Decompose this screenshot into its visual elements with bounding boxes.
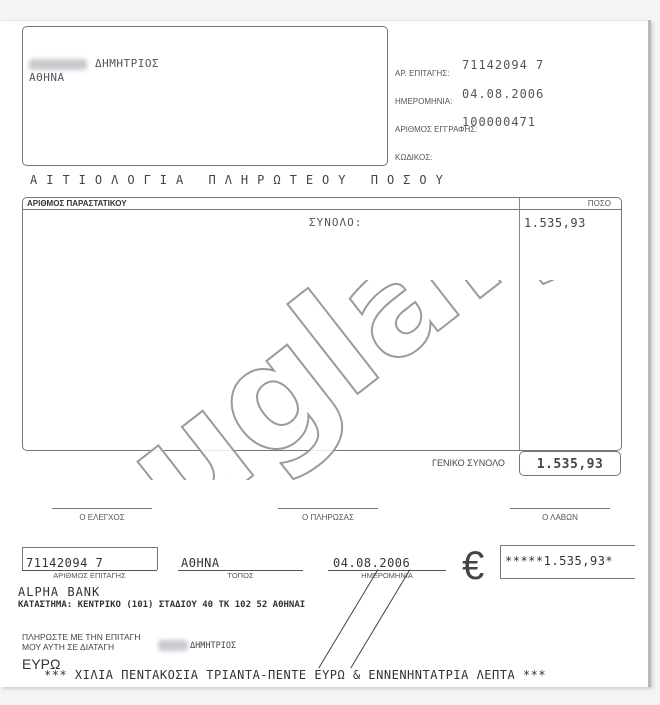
cheque-amount: *****1.535,93*	[505, 554, 613, 568]
signature-auditor: Ο ΕΛΕΓΧΟΣ	[52, 513, 152, 522]
grand-total-value: 1.535,93	[520, 457, 620, 472]
record-number: 100000471	[462, 115, 536, 129]
col-document-number: ΑΡΙΘΜΟΣ ΠΑΡΑΣΤΑΤΙΚΟΥ	[27, 199, 127, 208]
cheque-order-number: 71142094 7	[26, 556, 103, 570]
pay-instruction-line1: ΠΛΗΡΩΣΤΕ ΜΕ ΤΗΝ ΕΠΙΤΑΓΗ	[22, 632, 140, 642]
bank-branch: ΚΑΤΑΣΤΗΜΑ: ΚΕΝΤΡΙΚΟ (101) ΣΤΑΔΙΟΥ 40 ΤΚ …	[18, 600, 305, 610]
cheque-amount-box: *****1.535,93*	[500, 545, 635, 579]
cheque-place-label: ΤΟΠΟΣ	[178, 571, 303, 580]
cheque-number-label: ΑΡΙΘΜΟΣ ΕΠΙΤΑΓΗΣ	[22, 571, 157, 580]
euro-icon: €	[462, 546, 484, 586]
recipient-box: ΔΗΜΗΤΡΙΟΣ ΑΘΗΝΑ	[22, 26, 388, 166]
recipient-name: ΔΗΜΗΤΡΙΟΣ	[29, 57, 159, 70]
page-edge	[0, 20, 648, 21]
date-label: ΗΜΕΡΟΜΗΝΙΑ:	[395, 97, 452, 106]
code-label: ΚΩΔΙΚΟΣ:	[395, 153, 432, 162]
signature-line-payer	[278, 508, 378, 509]
signature-receiver: Ο ΛΑΒΩΝ	[510, 513, 610, 522]
signature-line-receiver	[510, 508, 610, 509]
table-header: ΑΡΙΘΜΟΣ ΠΑΡΑΣΤΑΤΙΚΟΥ ΠΟΣΟ	[23, 198, 621, 210]
order-number-label: ΑΡ. ΕΠΙΤΑΓΗΣ:	[395, 69, 449, 78]
pay-instruction-line2: ΜΟΥ ΑΥΤΗ ΣΕ ΔΙΑΤΑΓΗ	[22, 642, 114, 652]
grand-total-label: ΓΕΝΙΚΟ ΣΥΝΟΛΟ	[432, 458, 505, 468]
cheque-date-label: ΗΜΕΡΟΜΗΝΙΑ	[328, 571, 446, 580]
order-number: 71142094 7	[462, 58, 544, 72]
amount-in-words: *** ΧΙΛΙΑ ΠΕΝΤΑΚΟΣΙΑ ΤΡΙΑΝΤΑ-ΠΕΝΤΕ ΕΥΡΩ …	[44, 668, 546, 682]
total-value: 1.535,93	[524, 216, 586, 230]
cheque-place: ΑΘΗΝΑ	[181, 556, 220, 570]
redacted-payee-surname	[158, 640, 188, 651]
payment-document: ΔΗΜΗΤΡΙΟΣ ΑΘΗΝΑ ΑΡ. ΕΠΙΤΑΓΗΣ: 71142094 7…	[0, 20, 651, 687]
crossing-line-1	[318, 569, 378, 668]
grand-total-box: 1.535,93	[519, 451, 621, 476]
crossing-line-2	[350, 569, 410, 668]
bank-name: ALPHA BANK	[18, 585, 100, 599]
signature-payer: Ο ΠΛΗΡΩΣΑΣ	[278, 513, 378, 522]
payee-name: ΔΗΜΗΤΡΙΟΣ	[158, 640, 236, 651]
document-table: ΑΡΙΘΜΟΣ ΠΑΡΑΣΤΑΤΙΚΟΥ ΠΟΣΟ ΣΥΝΟΛΟ: 1.535,…	[22, 197, 622, 451]
column-divider	[519, 198, 520, 450]
signature-line-auditor	[52, 508, 152, 509]
date-value: 04.08.2006	[462, 87, 544, 101]
total-label: ΣΥΝΟΛΟ:	[309, 216, 362, 229]
section-title: ΑΙΤΙΟΛΟΓΙΑ ΠΛΗΡΩΤΕΟΥ ΠΟΣΟΥ	[30, 173, 452, 187]
col-amount: ΠΟΣΟ	[588, 199, 611, 208]
recipient-city: ΑΘΗΝΑ	[29, 71, 65, 84]
cheque-date: 04.08.2006	[333, 556, 410, 570]
redacted-surname	[29, 59, 87, 70]
